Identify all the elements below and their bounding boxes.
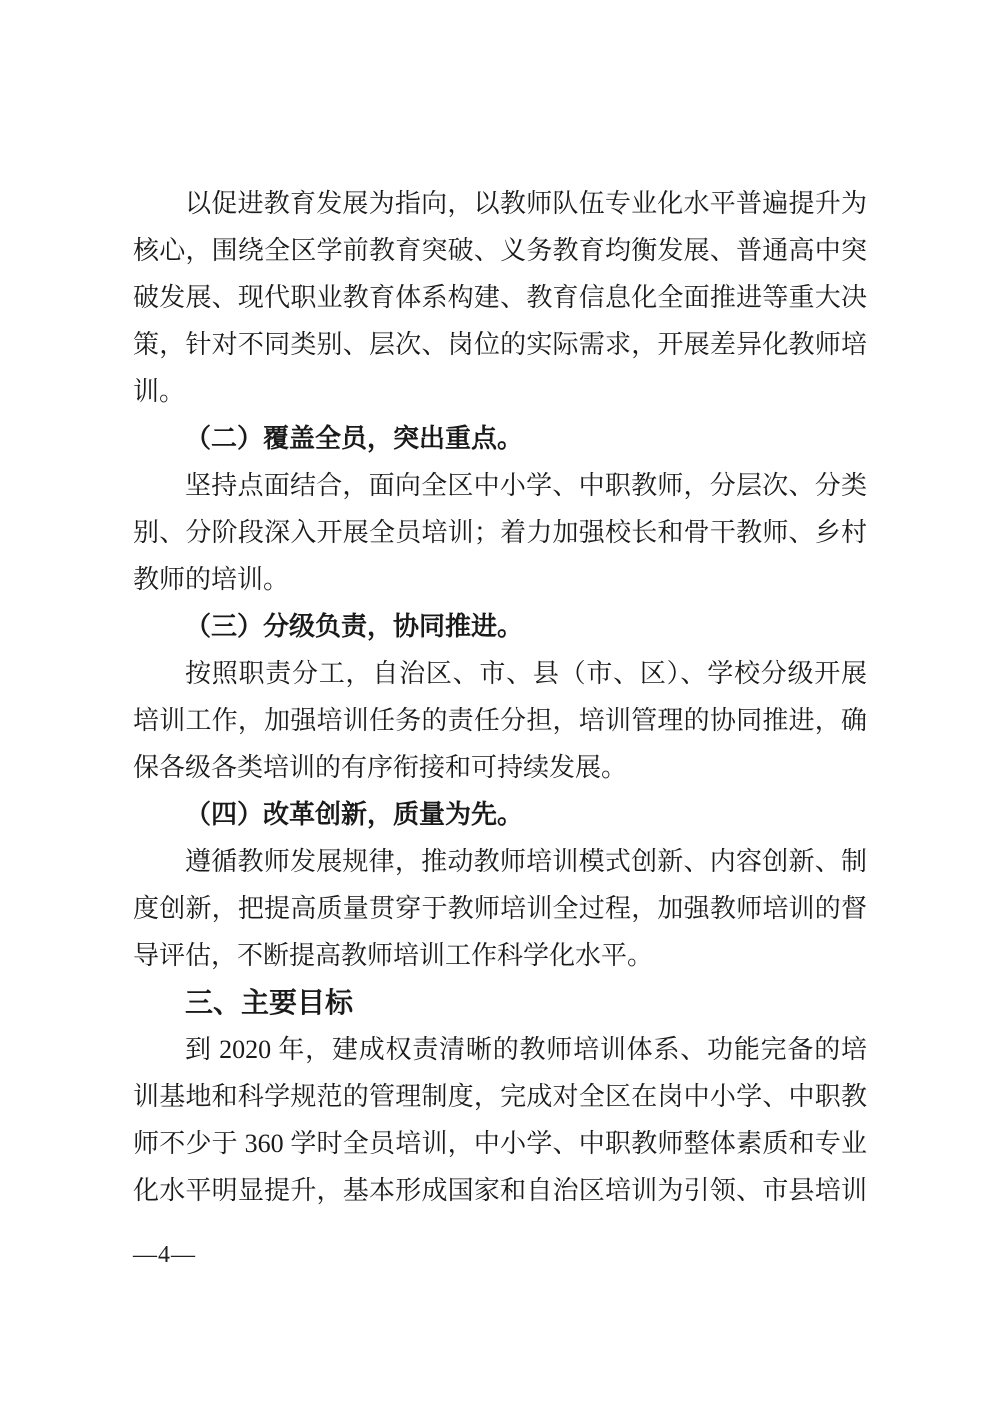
para-principle-4-line-2: 度创新，把提高质量贯穿于教师培训全过程，加强教师培训的督 bbox=[133, 885, 867, 932]
para-principle-4-line-3: 导评估，不断提高教师培训工作科学化水平。 bbox=[133, 932, 867, 979]
para-guiding-principles-line-3: 破发展、现代职业教育体系构建、教育信息化全面推进等重大决 bbox=[133, 274, 867, 321]
para-principle-2-line-3: 教师的培训。 bbox=[133, 556, 867, 603]
heading-principle-4-line-1: （四）改革创新，质量为先。 bbox=[133, 791, 867, 838]
text-block: 以促进教育发展为指向，以教师队伍专业化水平普遍提升为核心，围绕全区学前教育突破、… bbox=[133, 180, 867, 1214]
para-main-goals-line-1: 到 2020 年，建成权责清晰的教师培训体系、功能完备的培 bbox=[133, 1026, 867, 1073]
para-guiding-principles-line-4: 策，针对不同类别、层次、岗位的实际需求，开展差异化教师培 bbox=[133, 321, 867, 368]
para-principle-4-line-1: 遵循教师发展规律，推动教师培训模式创新、内容创新、制 bbox=[133, 838, 867, 885]
page-number: —4— bbox=[133, 1241, 196, 1269]
heading-principle-3-line-1: （三）分级负责，协同推进。 bbox=[133, 603, 867, 650]
para-main-goals-line-2: 训基地和科学规范的管理制度，完成对全区在岗中小学、中职教 bbox=[133, 1073, 867, 1120]
para-principle-2-line-1: 坚持点面结合，面向全区中小学、中职教师，分层次、分类 bbox=[133, 462, 867, 509]
heading-main-goals-line-1: 三、主要目标 bbox=[133, 979, 867, 1026]
para-guiding-principles-line-1: 以促进教育发展为指向，以教师队伍专业化水平普遍提升为 bbox=[133, 180, 867, 227]
para-principle-3-line-2: 培训工作，加强培训任务的责任分担，培训管理的协同推进，确 bbox=[133, 697, 867, 744]
para-guiding-principles-line-5: 训。 bbox=[133, 368, 867, 415]
para-principle-2-line-2: 别、分阶段深入开展全员培训；着力加强校长和骨干教师、乡村 bbox=[133, 509, 867, 556]
document-page: 以促进教育发展为指向，以教师队伍专业化水平普遍提升为核心，围绕全区学前教育突破、… bbox=[0, 0, 993, 1404]
heading-principle-2-line-1: （二）覆盖全员，突出重点。 bbox=[133, 415, 867, 462]
para-guiding-principles-line-2: 核心，围绕全区学前教育突破、义务教育均衡发展、普通高中突 bbox=[133, 227, 867, 274]
para-principle-3-line-1: 按照职责分工，自治区、市、县（市、区）、学校分级开展 bbox=[133, 650, 867, 697]
para-main-goals-line-4: 化水平明显提升，基本形成国家和自治区培训为引领、市县培训 bbox=[133, 1167, 867, 1214]
para-principle-3-line-3: 保各级各类培训的有序衔接和可持续发展。 bbox=[133, 744, 867, 791]
para-main-goals-line-3: 师不少于 360 学时全员培训，中小学、中职教师整体素质和专业 bbox=[133, 1120, 867, 1167]
